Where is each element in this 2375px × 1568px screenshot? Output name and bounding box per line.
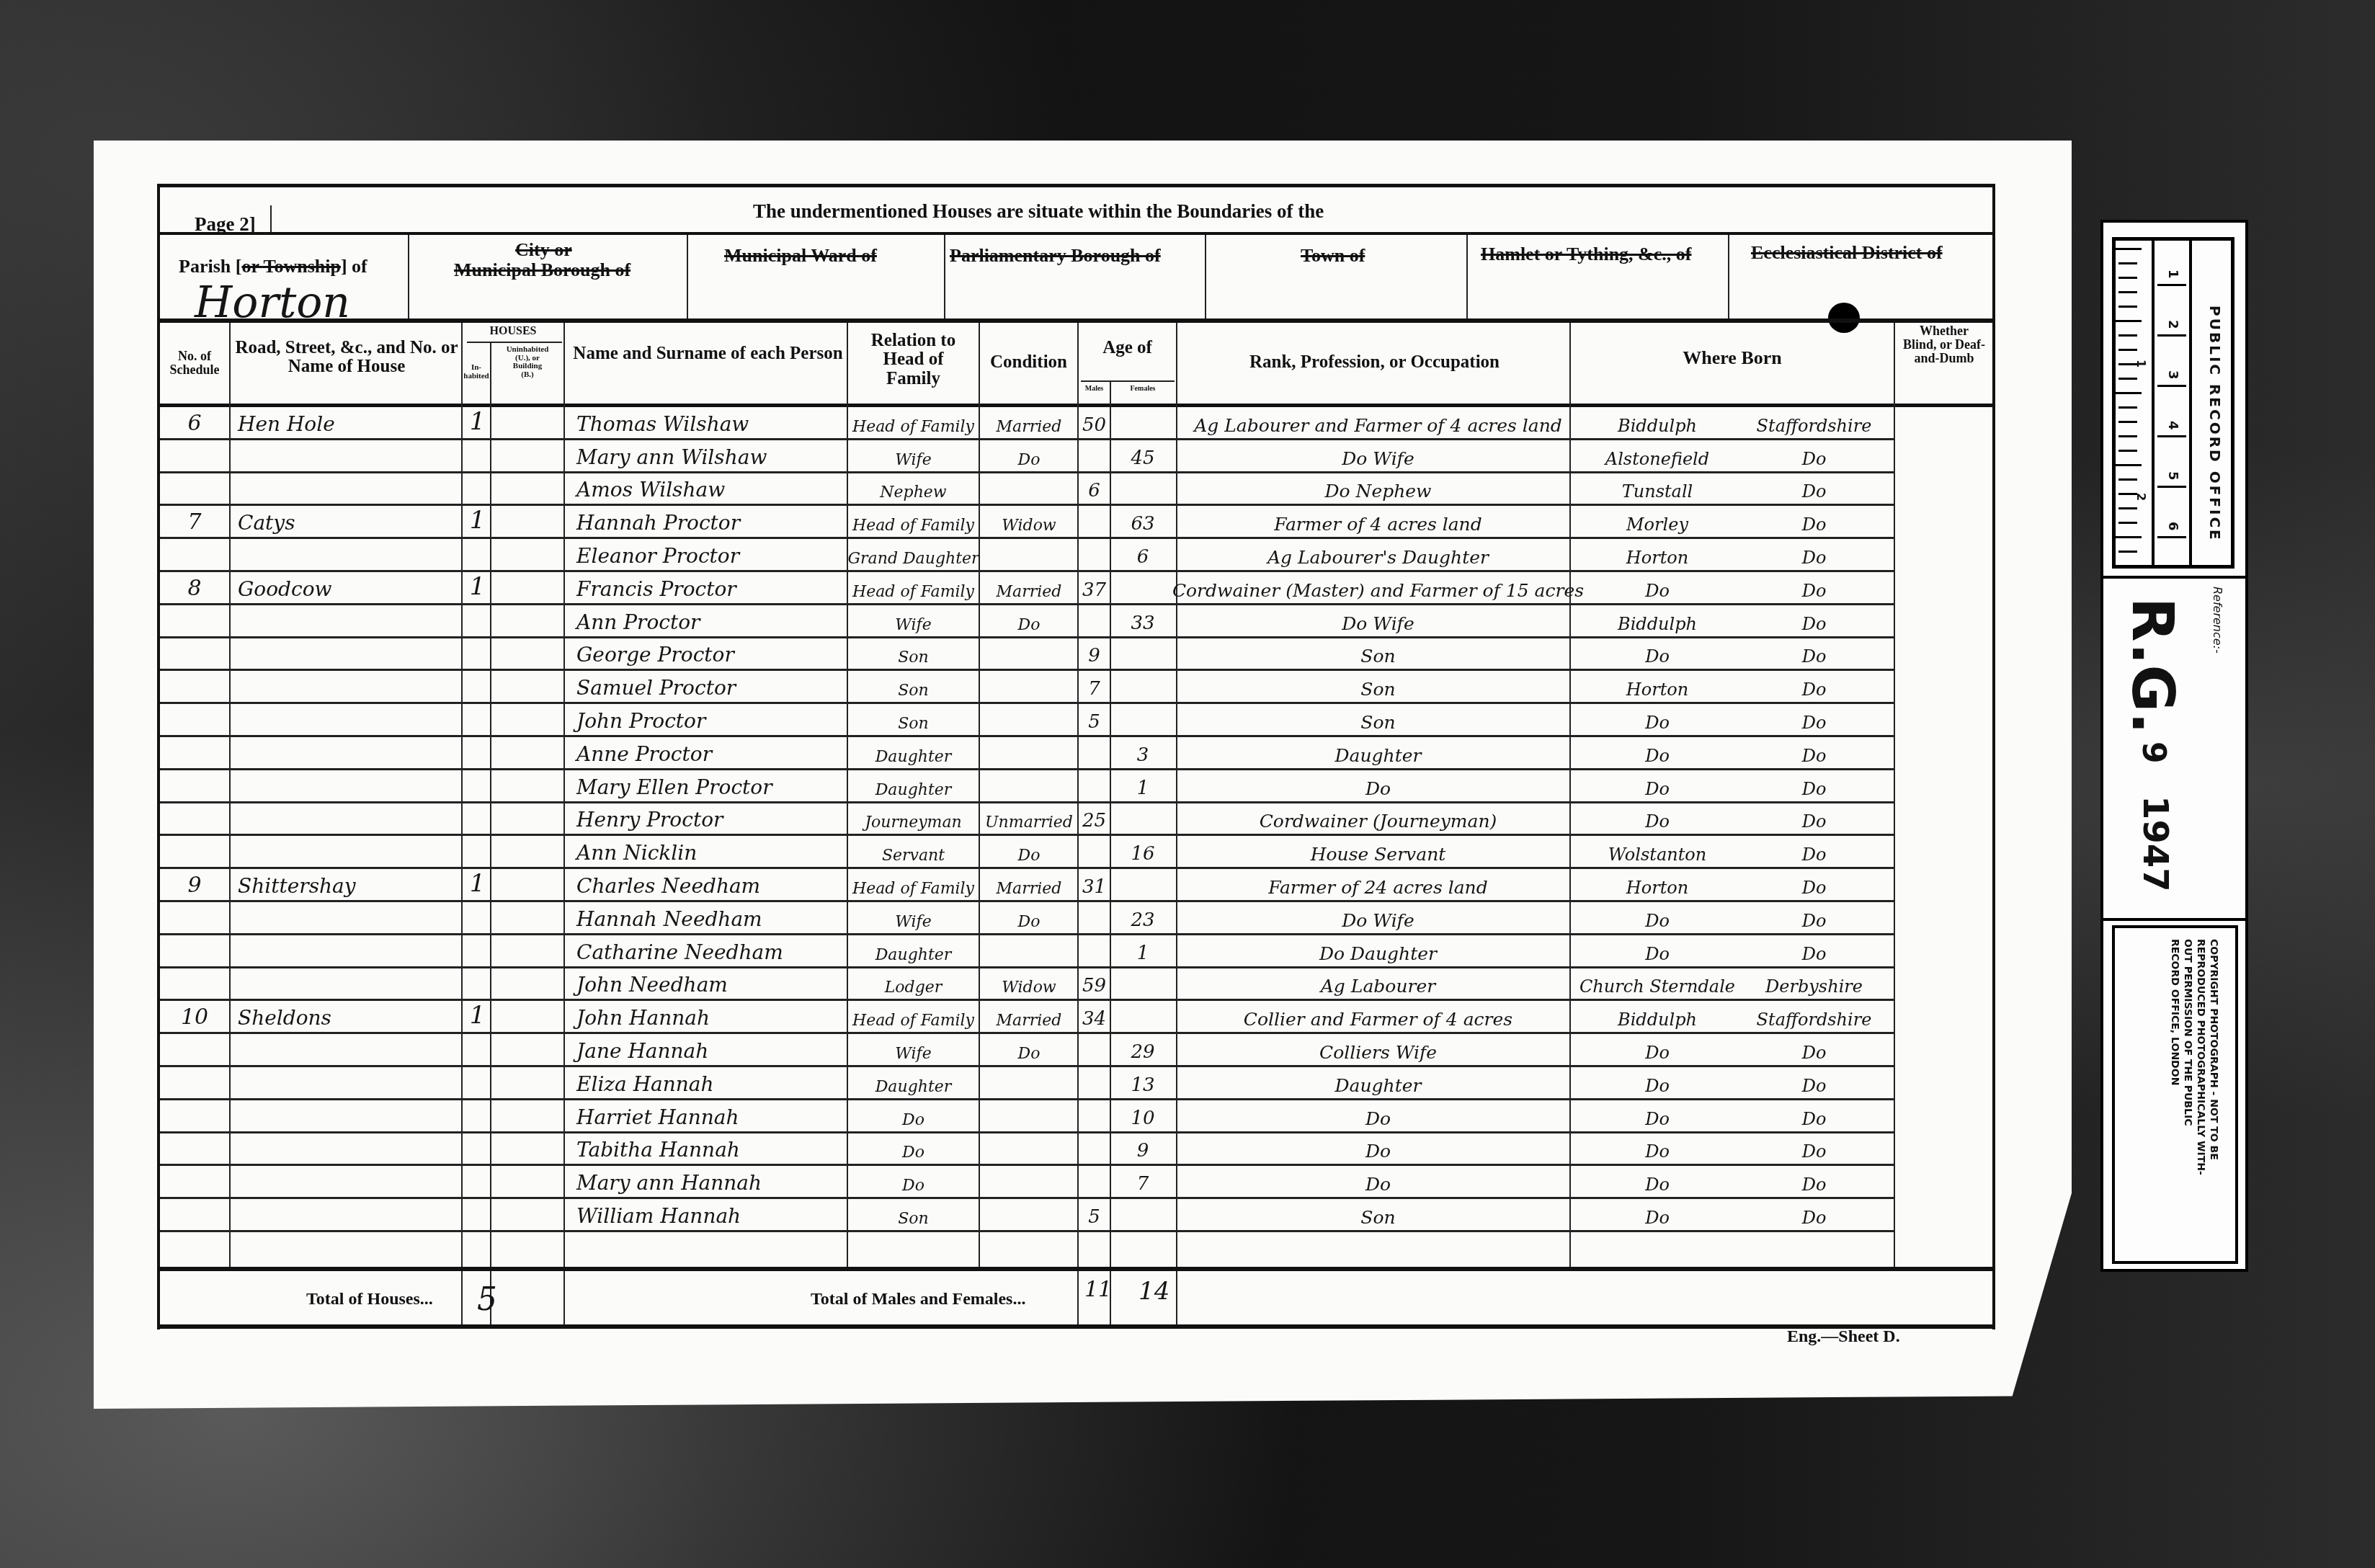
cell-inhabited: 1	[465, 1001, 490, 1030]
cell-occupation: Do	[1189, 1166, 1567, 1195]
total-persons-label: Total of Males and Females...	[811, 1290, 1025, 1309]
cell-schedule	[160, 1067, 229, 1096]
cell-male-age	[1079, 440, 1110, 469]
cell-inhabited	[465, 1133, 490, 1162]
cell-occupation: Do Wife	[1189, 605, 1567, 634]
cell-born-place: Biddulph	[1574, 605, 1740, 634]
cell-male-age: 50	[1079, 407, 1110, 436]
cell-female-age: 16	[1111, 836, 1175, 865]
cell-schedule	[160, 770, 229, 799]
cell-born-county: Do	[1737, 704, 1891, 733]
area-divider-5	[1466, 235, 1468, 321]
cell-name: Hannah Proctor	[576, 506, 843, 535]
cell-name: William Hannah	[576, 1199, 843, 1228]
cell-female-age: 6	[1111, 539, 1175, 568]
cell-name: George Proctor	[576, 638, 843, 667]
cell-female-age	[1111, 803, 1175, 832]
cell-inhabited	[465, 539, 490, 568]
table-bottom-border	[157, 1324, 1995, 1329]
cell-name: John Hannah	[576, 1001, 843, 1030]
area-divider-6	[1728, 235, 1729, 321]
cell-condition	[981, 638, 1077, 667]
cell-relation: Grand Daughter	[850, 539, 976, 568]
cell-male-age	[1079, 902, 1110, 931]
cell-born-county: Derbyshire	[1737, 968, 1891, 997]
cell-schedule	[160, 902, 229, 931]
cell-female-age: 29	[1111, 1034, 1175, 1063]
cell-female-age: 13	[1111, 1067, 1175, 1096]
cell-born-place: Do	[1574, 572, 1740, 601]
cell-schedule	[160, 671, 229, 700]
page-box-divider	[270, 205, 272, 234]
cell-relation: Head of Family	[850, 572, 976, 601]
cell-name: Tabitha Hannah	[576, 1133, 843, 1162]
cell-occupation: Ag Labourer and Farmer of 4 acres land	[1189, 407, 1567, 436]
cell-house	[238, 440, 454, 469]
cell-occupation: Colliers Wife	[1189, 1034, 1567, 1063]
cell-born-county: Do	[1737, 473, 1891, 502]
cell-name: Eliza Hannah	[576, 1067, 843, 1096]
cell-born-county: Do	[1737, 836, 1891, 865]
cell-born-place: Horton	[1574, 869, 1740, 898]
col-header-blind: Whether Blind, or Deaf-and-Dumb	[1897, 324, 1992, 365]
cell-name: Ann Proctor	[576, 605, 843, 634]
ruler-label: 5	[2165, 471, 2180, 481]
cell-schedule	[160, 704, 229, 733]
cell-born-county: Do	[1737, 1199, 1891, 1228]
ruler-tick	[2116, 320, 2142, 322]
cell-schedule	[160, 1199, 229, 1228]
cell-male-age	[1079, 1067, 1110, 1096]
cell-condition	[981, 704, 1077, 733]
cell-relation: Wife	[850, 440, 976, 469]
cell-schedule: 10	[160, 1001, 229, 1030]
area-row-border	[157, 318, 1995, 323]
ruler-tick	[2116, 536, 2142, 538]
area-parliamentary-borough: Parliamentary Borough of	[950, 245, 1161, 267]
cell-schedule	[160, 836, 229, 865]
cell-occupation: Daughter	[1189, 737, 1567, 766]
cell-relation: Son	[850, 704, 976, 733]
area-divider-1	[408, 235, 409, 321]
cell-occupation: Do Wife	[1189, 902, 1567, 931]
cell-schedule	[160, 935, 229, 964]
cell-condition: Married	[981, 572, 1077, 601]
cell-female-age	[1111, 671, 1175, 700]
cell-male-age	[1079, 836, 1110, 865]
col-header-uninhabited: Uninhabited (U.), or Building (B.)	[493, 346, 562, 379]
cell-born-place: Horton	[1574, 671, 1740, 700]
table-right-border	[1992, 184, 1995, 1329]
cell-inhabited	[465, 473, 490, 502]
parish-label-suffix: ] of	[341, 256, 367, 277]
cell-occupation: Collier and Farmer of 4 acres	[1189, 1001, 1567, 1030]
cell-male-age: 31	[1079, 869, 1110, 898]
cell-born-place: Do	[1574, 1199, 1740, 1228]
cell-born-place: Do	[1574, 1067, 1740, 1096]
cell-condition	[981, 539, 1077, 568]
cell-house	[238, 803, 454, 832]
ruler-tick	[2118, 262, 2137, 264]
cell-condition: Do	[981, 605, 1077, 634]
cell-male-age	[1079, 539, 1110, 568]
cell-relation: Son	[850, 671, 976, 700]
cell-relation: Son	[850, 638, 976, 667]
cell-name: Mary ann Hannah	[576, 1166, 843, 1195]
col-header-age: Age of	[1079, 339, 1176, 357]
col-header-name: Name and Surname of each Person	[569, 344, 847, 363]
cell-born-place: Horton	[1574, 539, 1740, 568]
cell-born-county: Do	[1737, 1133, 1891, 1162]
cell-relation: Journeyman	[850, 803, 976, 832]
cell-schedule: 9	[160, 869, 229, 898]
cell-house: Sheldons	[238, 1001, 454, 1030]
col-header-occupation: Rank, Profession, or Occupation	[1178, 353, 1571, 372]
ruler-tick	[2118, 378, 2137, 380]
boundaries-title: The undermentioned Houses are situate wi…	[753, 200, 1324, 223]
col-rule-name	[847, 323, 848, 1267]
cell-inhabited	[465, 1100, 490, 1129]
ruler-label: 2	[2134, 493, 2148, 501]
cell-inhabited: 1	[465, 869, 490, 898]
cell-schedule	[160, 1133, 229, 1162]
cell-condition: Do	[981, 836, 1077, 865]
cell-name: Samuel Proctor	[576, 671, 843, 700]
cell-male-age: 37	[1079, 572, 1110, 601]
cell-born-place: Wolstanton	[1574, 836, 1740, 865]
reference-number: 1947	[2135, 796, 2175, 892]
cell-female-age	[1111, 407, 1175, 436]
cell-relation: Do	[850, 1100, 976, 1129]
col-header-relation: Relation to Head of Family	[850, 331, 976, 388]
cell-male-age: 6	[1079, 473, 1110, 502]
cell-house	[238, 770, 454, 799]
cell-inhabited	[465, 770, 490, 799]
cell-female-age	[1111, 473, 1175, 502]
cell-occupation: Do	[1189, 1100, 1567, 1129]
cell-female-age	[1111, 1199, 1175, 1228]
copyright-box: COPYRIGHT PHOTOGRAPH - NOT TO BE REPRODU…	[2112, 925, 2238, 1264]
cell-inhabited	[465, 605, 490, 634]
cell-male-age	[1079, 935, 1110, 964]
cell-born-county: Do	[1737, 440, 1891, 469]
cell-condition	[981, 1199, 1077, 1228]
cell-male-age	[1079, 1133, 1110, 1162]
cell-female-age	[1111, 572, 1175, 601]
ruler-tick	[2118, 478, 2137, 481]
cell-born-place: Tunstall	[1574, 473, 1740, 502]
cell-born-county: Do	[1737, 506, 1891, 535]
ruler-tick	[2118, 349, 2137, 351]
cell-male-age: 25	[1079, 803, 1110, 832]
total-houses-value: 5	[477, 1281, 497, 1318]
ruler-tick	[2118, 421, 2137, 423]
col-rule-where-born	[1894, 323, 1895, 1267]
scale-ruler: 12345612 PUBLIC RECORD OFFICE	[2112, 237, 2234, 569]
cell-born-place: Do	[1574, 803, 1740, 832]
cell-born-county: Do	[1737, 935, 1891, 964]
cell-house	[238, 737, 454, 766]
cell-female-age: 23	[1111, 902, 1175, 931]
cell-born-county: Staffordshire	[1737, 407, 1891, 436]
cell-house	[238, 638, 454, 667]
cell-male-age	[1079, 506, 1110, 535]
ruler-tick	[2118, 551, 2137, 553]
ruler-tick	[2118, 306, 2137, 308]
cell-schedule	[160, 539, 229, 568]
ruler-tick	[2118, 450, 2137, 452]
cell-born-county: Do	[1737, 803, 1891, 832]
cell-female-age	[1111, 869, 1175, 898]
cell-born-place: Do	[1574, 1133, 1740, 1162]
cell-condition	[981, 671, 1077, 700]
cell-born-place: Do	[1574, 1166, 1740, 1195]
ink-blot	[1828, 303, 1860, 333]
cell-house: Shittershay	[238, 869, 454, 898]
cell-relation: Head of Family	[850, 869, 976, 898]
area-municipal-ward: Municipal Ward of	[724, 245, 877, 267]
ruler-tick	[2118, 435, 2137, 437]
cell-female-age	[1111, 704, 1175, 733]
cell-occupation: Son	[1189, 704, 1567, 733]
cell-inhabited	[465, 968, 490, 997]
cell-male-age: 5	[1079, 704, 1110, 733]
cell-schedule: 7	[160, 506, 229, 535]
cell-occupation: Farmer of 24 acres land	[1189, 869, 1567, 898]
title-row-border	[157, 232, 1995, 235]
cell-condition: Married	[981, 1001, 1077, 1030]
cell-born-county: Do	[1737, 770, 1891, 799]
table-top-border	[157, 184, 1995, 187]
ruler-tick	[2118, 507, 2137, 509]
cell-relation: Lodger	[850, 968, 976, 997]
reference-series: R.G.	[2119, 597, 2186, 734]
cell-male-age	[1079, 1034, 1110, 1063]
cell-born-county: Do	[1737, 1166, 1891, 1195]
cell-name: Mary ann Wilshaw	[576, 440, 843, 469]
ruler-label: 6	[2165, 522, 2180, 531]
cell-name: Charles Needham	[576, 869, 843, 898]
reference-strip: 12345612 PUBLIC RECORD OFFICE Reference:…	[2100, 220, 2248, 1272]
col-header-inhabited: In-habited	[463, 364, 490, 380]
cell-inhabited	[465, 440, 490, 469]
cell-born-place: Do	[1574, 638, 1740, 667]
cell-name: Catharine Needham	[576, 935, 843, 964]
cell-relation: Wife	[850, 1034, 976, 1063]
cell-female-age: 1	[1111, 770, 1175, 799]
cell-born-place: Do	[1574, 1034, 1740, 1063]
cell-name: Henry Proctor	[576, 803, 843, 832]
cell-occupation: Do Wife	[1189, 440, 1567, 469]
cell-born-county: Do	[1737, 737, 1891, 766]
cell-inhabited	[465, 638, 490, 667]
cell-born-place: Do	[1574, 704, 1740, 733]
col-header-schedule: No. of Schedule	[160, 349, 229, 377]
cell-born-county: Do	[1737, 638, 1891, 667]
cell-name: Thomas Wilshaw	[576, 407, 843, 436]
cell-inhabited: 1	[465, 407, 490, 436]
cell-born-place: Biddulph	[1574, 1001, 1740, 1030]
cell-schedule	[160, 803, 229, 832]
copyright-notice: COPYRIGHT PHOTOGRAPH - NOT TO BE REPRODU…	[2168, 939, 2220, 1175]
cell-name: Hannah Needham	[576, 902, 843, 931]
area-town: Town of	[1301, 245, 1365, 267]
cell-born-place: Alstonefield	[1574, 440, 1740, 469]
col-header-condition: Condition	[980, 353, 1077, 372]
cell-house	[238, 1100, 454, 1129]
col-header-road: Road, Street, &c., and No. or Name of Ho…	[232, 339, 461, 377]
cell-inhabited: 1	[465, 572, 490, 601]
cell-name: Francis Proctor	[576, 572, 843, 601]
cell-condition	[981, 770, 1077, 799]
cell-inhabited	[465, 704, 490, 733]
cell-house	[238, 1133, 454, 1162]
col-rule-relation	[979, 323, 980, 1267]
cell-relation: Daughter	[850, 1067, 976, 1096]
cell-occupation: Do Nephew	[1189, 473, 1567, 502]
total-males-value: 11	[1084, 1277, 1112, 1302]
cell-male-age	[1079, 770, 1110, 799]
cell-occupation: Son	[1189, 671, 1567, 700]
cell-born-place: Do	[1574, 902, 1740, 931]
cell-relation: Servant	[850, 836, 976, 865]
reference-label: Reference:-	[2211, 587, 2224, 654]
cell-name: Ann Nicklin	[576, 836, 843, 865]
cell-inhabited	[465, 1034, 490, 1063]
cell-female-age: 63	[1111, 506, 1175, 535]
col-header-where-born: Where Born	[1571, 348, 1894, 367]
cell-inhabited	[465, 836, 490, 865]
cell-relation: Nephew	[850, 473, 976, 502]
cell-occupation: Son	[1189, 1199, 1567, 1228]
cell-male-age: 5	[1079, 1199, 1110, 1228]
area-divider-3	[944, 235, 945, 321]
cell-relation: Son	[850, 1199, 976, 1228]
reference-piece: 9	[2135, 741, 2172, 764]
cell-relation: Daughter	[850, 770, 976, 799]
cell-schedule	[160, 1100, 229, 1129]
cell-male-age: 34	[1079, 1001, 1110, 1030]
cell-male-age	[1079, 737, 1110, 766]
cell-condition: Widow	[981, 968, 1077, 997]
ruler-tick	[2116, 464, 2142, 466]
cell-occupation: House Servant	[1189, 836, 1567, 865]
cell-male-age: 9	[1079, 638, 1110, 667]
cell-schedule: 8	[160, 572, 229, 601]
cell-condition: Married	[981, 869, 1077, 898]
ruler-tick	[2118, 334, 2137, 337]
cell-name: Mary Ellen Proctor	[576, 770, 843, 799]
cell-occupation: Farmer of 4 acres land	[1189, 506, 1567, 535]
ruler-tick	[2116, 248, 2142, 250]
cell-schedule: 6	[160, 407, 229, 436]
cell-occupation: Cordwainer (Master) and Farmer of 15 acr…	[1189, 572, 1567, 601]
cell-name: Jane Hannah	[576, 1034, 843, 1063]
cell-condition: Do	[981, 902, 1077, 931]
cell-condition	[981, 935, 1077, 964]
cell-relation: Daughter	[850, 935, 976, 964]
cell-female-age: 7	[1111, 1166, 1175, 1195]
cell-occupation: Do	[1189, 770, 1567, 799]
cell-female-age: 1	[1111, 935, 1175, 964]
ruler-tick	[2118, 406, 2137, 409]
cell-born-place: Biddulph	[1574, 407, 1740, 436]
ruler-label: 3	[2165, 370, 2180, 380]
cell-relation: Head of Family	[850, 1001, 976, 1030]
cell-occupation: Son	[1189, 638, 1567, 667]
cell-male-age: 59	[1079, 968, 1110, 997]
cell-born-county: Do	[1737, 1034, 1891, 1063]
cell-schedule	[160, 440, 229, 469]
ruler-label: 1	[2165, 269, 2180, 279]
cell-name: John Proctor	[576, 704, 843, 733]
cell-relation: Do	[850, 1166, 976, 1195]
cell-born-place: Do	[1574, 737, 1740, 766]
cell-condition	[981, 1133, 1077, 1162]
cell-house: Hen Hole	[238, 407, 454, 436]
col-header-houses: HOUSES	[463, 326, 563, 338]
cell-house	[238, 671, 454, 700]
ruler-label: 1	[2134, 360, 2148, 367]
cell-born-place: Morley	[1574, 506, 1740, 535]
cell-relation: Daughter	[850, 737, 976, 766]
cell-occupation: Cordwainer (Journeyman)	[1189, 803, 1567, 832]
parish-label-struck: or Township	[241, 256, 341, 277]
cell-inhabited	[465, 737, 490, 766]
cell-house: Catys	[238, 506, 454, 535]
cell-female-age	[1111, 968, 1175, 997]
ruler-tick	[2116, 392, 2142, 394]
cell-inhabited	[465, 1166, 490, 1195]
cell-name: Amos Wilshaw	[576, 473, 843, 502]
cell-female-age: 3	[1111, 737, 1175, 766]
cell-schedule	[160, 638, 229, 667]
cell-born-place: Do	[1574, 770, 1740, 799]
cell-born-county: Do	[1737, 869, 1891, 898]
area-divider-2	[687, 235, 688, 321]
cell-house	[238, 1199, 454, 1228]
cell-male-age	[1079, 1166, 1110, 1195]
cell-condition	[981, 473, 1077, 502]
cell-schedule	[160, 1166, 229, 1195]
cell-schedule	[160, 968, 229, 997]
area-hamlet: Hamlet or Tything, &c., of	[1481, 244, 1691, 265]
cell-female-age	[1111, 638, 1175, 667]
cell-inhabited: 1	[465, 506, 490, 535]
cell-inhabited	[465, 1067, 490, 1096]
cell-condition: Unmarried	[981, 803, 1077, 832]
cell-house: Goodcow	[238, 572, 454, 601]
row-rule	[160, 1230, 1894, 1232]
cell-house	[238, 1034, 454, 1063]
cell-relation: Wife	[850, 902, 976, 931]
cell-born-place: Do	[1574, 935, 1740, 964]
cell-schedule	[160, 737, 229, 766]
ruler-label: 2	[2165, 320, 2180, 329]
total-females-value: 14	[1139, 1277, 1169, 1306]
col-header-females: Females	[1111, 386, 1175, 393]
col-header-males: Males	[1079, 386, 1110, 393]
cell-house	[238, 539, 454, 568]
cell-house	[238, 968, 454, 997]
ruler-tick	[2118, 277, 2137, 279]
public-record-office-label: PUBLIC RECORD OFFICE	[2206, 306, 2224, 542]
cell-name: Harriet Hannah	[576, 1100, 843, 1129]
cell-house	[238, 935, 454, 964]
cell-inhabited	[465, 935, 490, 964]
ruler-tick	[2118, 522, 2137, 524]
cell-male-age	[1079, 605, 1110, 634]
